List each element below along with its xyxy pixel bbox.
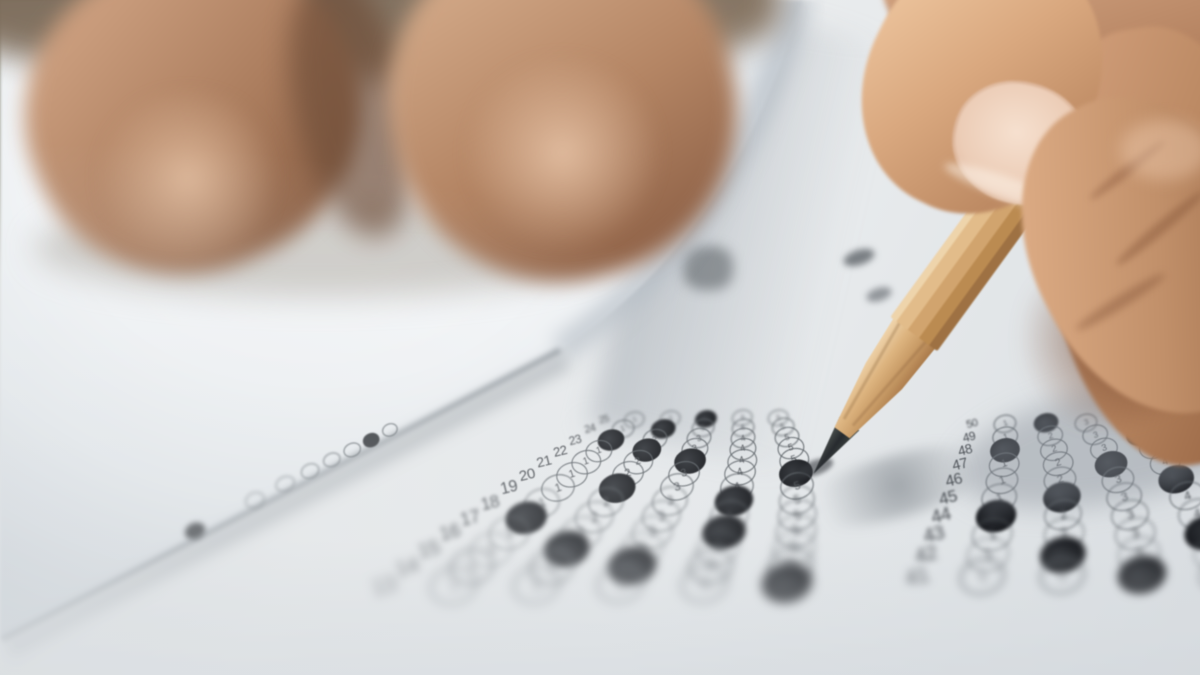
photo-exam-answer-sheet: 2512452413452323452213452112452012341913… — [0, 0, 1200, 675]
edge-bubble-filled — [182, 519, 208, 542]
edge-bubble — [341, 440, 363, 460]
finger-highlight — [460, 55, 665, 250]
edge-bubble — [298, 460, 321, 481]
edge-bubble — [380, 421, 400, 440]
edge-bubble-filled — [361, 430, 382, 449]
edge-bubble — [273, 473, 297, 495]
finger-highlight — [90, 90, 285, 265]
edge-bubble — [321, 450, 343, 471]
knuckle-highlight — [1120, 120, 1200, 180]
edge-bubble — [243, 489, 268, 512]
